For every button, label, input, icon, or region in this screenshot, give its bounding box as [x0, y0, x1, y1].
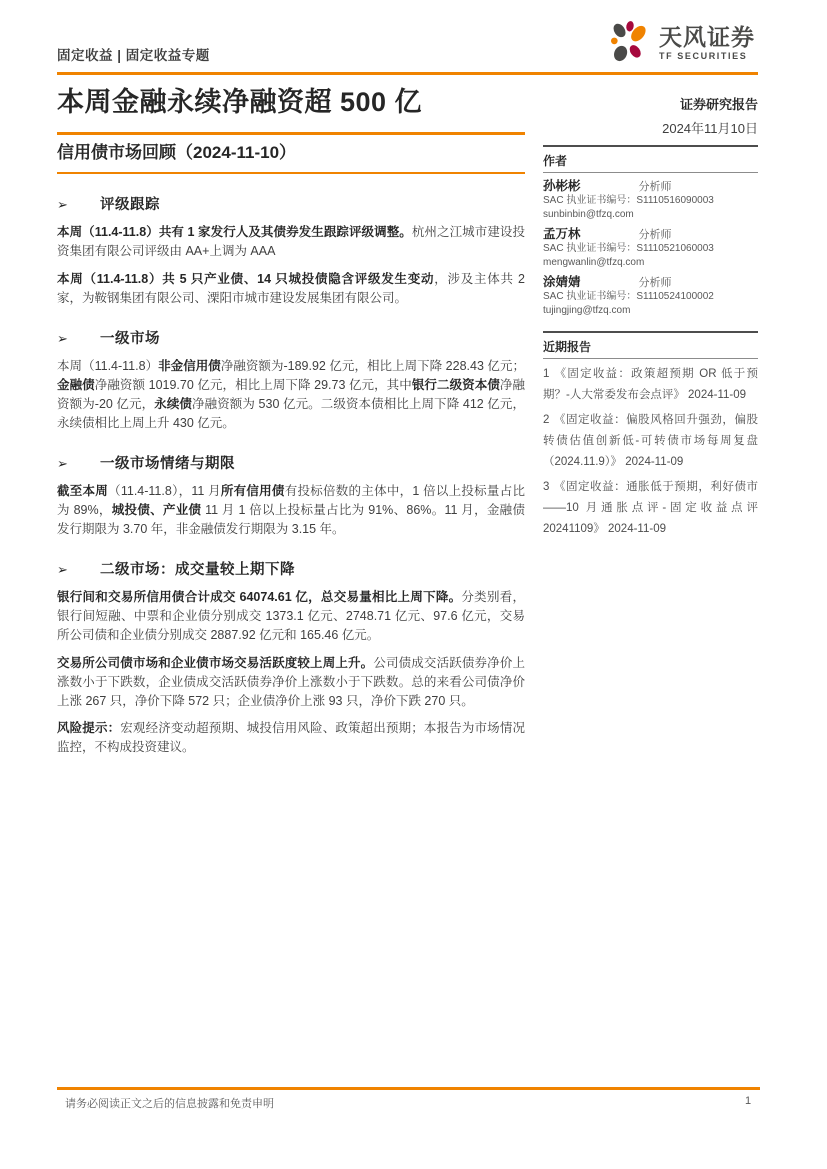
author-email: mengwanlin@tfzq.com — [543, 257, 758, 270]
arrow-bullet-icon: ➢ — [57, 456, 100, 472]
report-item-date: 2024-11-09 — [608, 523, 666, 535]
author-role: 分析师 — [639, 178, 672, 194]
author-email: tujingjing@tfzq.com — [543, 305, 758, 318]
section-heading: ➢ 一级市场情绪与期限 — [57, 455, 525, 474]
footer-disclaimer: 请务必阅读正文之后的信息披露和免责申明 — [65, 1095, 274, 1111]
risk-disclaimer-paragraph: 风险提示：宏观经济变动超预期、城投信用风险、政策超出预期；本报告为市场情况监控，… — [57, 719, 525, 757]
subtitle-divider — [57, 172, 525, 175]
page-title: 本周金融永续净融资超 500 亿 — [57, 86, 525, 118]
title-divider — [57, 132, 525, 135]
logo-text: 天风证券 TF SECURITIES — [659, 25, 755, 61]
section-primary-market-sentiment: ➢ 一级市场情绪与期限 截至本周（11.4-11.8），11 月所有信用债有投标… — [57, 455, 525, 539]
arrow-bullet-icon: ➢ — [57, 197, 100, 213]
authors-heading: 作者 — [543, 150, 758, 173]
recent-report-item: 3《固定收益：通胀低于预期，利好债市——10 月通胀点评-固定收益点评 2024… — [543, 477, 758, 540]
paragraph: 本周（11.4-11.8）共 5 只产业债、14 只城投债隐含评级发生变动，涉及… — [57, 270, 525, 308]
report-index: 2 — [543, 414, 549, 426]
sidebar-divider — [543, 331, 758, 333]
author-entry: 孟万林 分析师 SAC 执业证书编号：S1110521060003 mengwa… — [543, 226, 758, 269]
author-sac-number: SAC 执业证书编号：S1110524100002 — [543, 291, 758, 304]
main-content-column: 本周金融永续净融资超 500 亿 信用债市场回顾（2024-11-10） ➢ 评… — [57, 86, 525, 757]
section-title: 评级跟踪 — [100, 196, 160, 215]
paragraph: 本周（11.4-11.8）非金信用债净融资额为-189.92 亿元，相比上周下降… — [57, 357, 525, 433]
section-heading: ➢ 二级市场：成交量较上期下降 — [57, 561, 525, 580]
section-primary-market: ➢ 一级市场 本周（11.4-11.8）非金信用债净融资额为-189.92 亿元… — [57, 330, 525, 433]
author-name-row: 孟万林 分析师 — [543, 226, 758, 242]
author-role: 分析师 — [639, 274, 672, 290]
section-rating-tracking: ➢ 评级跟踪 本周（11.4-11.8）共有 1 家发行人及其债券发生跟踪评级调… — [57, 196, 525, 308]
section-secondary-market: ➢ 二级市场：成交量较上期下降 银行间和交易所信用债合计成交 64074.61 … — [57, 561, 525, 711]
tf-securities-logo: 天风证券 TF SECURITIES — [607, 20, 755, 66]
section-heading: ➢ 评级跟踪 — [57, 196, 525, 215]
recent-report-item: 1《固定收益：政策超预期 OR 低于预期？-人大常委发布会点评》 2024-11… — [543, 364, 758, 406]
sidebar-divider — [543, 145, 758, 147]
paragraph: 本周（11.4-11.8）共有 1 家发行人及其债券发生跟踪评级调整。杭州之江城… — [57, 223, 525, 261]
logo-name-cn: 天风证券 — [659, 25, 755, 50]
footer-divider — [57, 1087, 760, 1090]
author-name: 孙彬彬 — [543, 179, 581, 194]
report-index: 1 — [543, 368, 549, 380]
author-email: sunbinbin@tfzq.com — [543, 209, 758, 222]
paragraph: 截至本周（11.4-11.8），11 月所有信用债有投标倍数的主体中，1 倍以上… — [57, 482, 525, 539]
report-type-label: 证券研究报告 — [543, 94, 758, 113]
report-item-date: 2024-11-09 — [688, 389, 746, 401]
report-item-date: 2024-11-09 — [625, 456, 683, 468]
author-entry: 涂婧婧 分析师 SAC 执业证书编号：S1110524100002 tujing… — [543, 274, 758, 317]
recent-reports-heading: 近期报告 — [543, 336, 758, 359]
sidebar-column: 证券研究报告 2024年11月10日 作者 孙彬彬 分析师 SAC 执业证书编号… — [543, 86, 758, 540]
author-name: 孟万林 — [543, 227, 581, 242]
page-subtitle: 信用债市场回顾（2024-11-10） — [57, 142, 525, 164]
section-heading: ➢ 一级市场 — [57, 330, 525, 349]
author-sac-number: SAC 执业证书编号：S1110521060003 — [543, 243, 758, 256]
author-name-row: 涂婧婧 分析师 — [543, 274, 758, 290]
report-index: 3 — [543, 481, 549, 493]
report-category-label: 固定收益 | 固定收益专题 — [57, 44, 210, 64]
report-date: 2024年11月10日 — [543, 118, 758, 137]
logo-name-en: TF SECURITIES — [659, 51, 755, 61]
paragraph: 银行间和交易所信用债合计成交 64074.61 亿，总交易量相比上周下降。分类别… — [57, 588, 525, 645]
paragraph: 交易所公司债市场和企业债市场交易活跃度较上周上升。公司债成交活跃债券净价上涨数小… — [57, 654, 525, 711]
section-title: 一级市场情绪与期限 — [100, 455, 235, 474]
section-title: 二级市场：成交量较上期下降 — [100, 561, 295, 580]
report-page: 固定收益 | 固定收益专题 天风证券 TF SECURITIES 本周金融永续净… — [0, 0, 827, 1169]
section-title: 一级市场 — [100, 330, 160, 349]
author-role: 分析师 — [639, 226, 672, 242]
arrow-bullet-icon: ➢ — [57, 562, 100, 578]
page-number: 1 — [738, 1095, 758, 1107]
author-name: 涂婧婧 — [543, 275, 581, 290]
author-name-row: 孙彬彬 分析师 — [543, 178, 758, 194]
header-divider — [57, 72, 758, 75]
author-sac-number: SAC 执业证书编号：S1110516090003 — [543, 195, 758, 208]
arrow-bullet-icon: ➢ — [57, 331, 100, 347]
author-entry: 孙彬彬 分析师 SAC 执业证书编号：S1110516090003 sunbin… — [543, 178, 758, 221]
recent-report-item: 2《固定收益：偏股风格回升强劲，偏股转债估值创新低-可转债市场每周复盘（2024… — [543, 410, 758, 473]
tf-flower-logo-icon — [607, 20, 653, 66]
